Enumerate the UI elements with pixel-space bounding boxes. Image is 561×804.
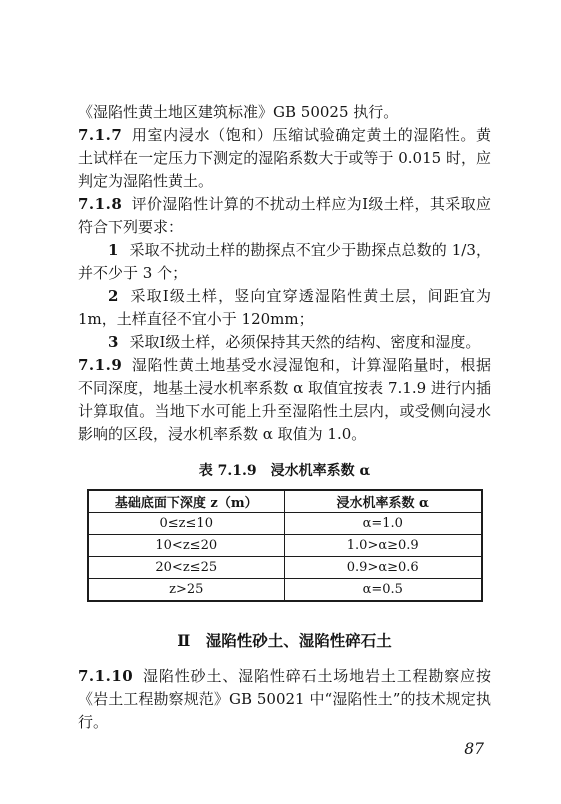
list-item-text: 采取不扰动土样的勘探点不宜少于勘探点总数的 1/3，并不少于 3 个； xyxy=(78,241,491,282)
clause-number: 7.1.7 xyxy=(78,126,122,144)
section-heading: Ⅱ 湿陷性砂土、湿陷性碎石土 xyxy=(78,629,491,652)
table-header-depth: 基础底面下深度 z（m） xyxy=(88,490,285,513)
clause-text: 湿陷性砂土、湿陷性碎石土场地岩土工程勘察应按《岩土工程勘察规范》GB 50021… xyxy=(78,667,491,731)
document-page: 《湿陷性黄土地区建筑标准》GB 50025 执行。 7.1.7用室内浸水（饱和）… xyxy=(0,0,561,804)
table-title: 表 7.1.9 浸水机率系数 α xyxy=(78,462,491,480)
page-number: 87 xyxy=(78,739,491,759)
list-item-number: 1 xyxy=(108,241,118,259)
table-cell-coefficient: 0.9>α≥0.6 xyxy=(285,557,482,579)
clause-number: 7.1.10 xyxy=(78,667,133,685)
clause-text: 评价湿陷性计算的不扰动土样应为Ⅰ级土样，其采取应符合下列要求： xyxy=(78,195,491,236)
list-item-text: 采取Ⅰ级土样，竖向宜穿透湿陷性黄土层，间距宜为 1m，土样直径不宜小于 120m… xyxy=(78,287,491,328)
list-item-3: 3采取Ⅰ级土样，必须保持其天然的结构、密度和湿度。 xyxy=(78,331,491,354)
table-row: z>25 α=0.5 xyxy=(88,579,482,602)
coefficient-table: 基础底面下深度 z（m） 浸水机率系数 α 0≤z≤10 α=1.0 10<z≤… xyxy=(87,489,483,602)
intro-continuation-line: 《湿陷性黄土地区建筑标准》GB 50025 执行。 xyxy=(78,101,491,124)
table-cell-coefficient: α=1.0 xyxy=(285,513,482,535)
clause-number: 7.1.9 xyxy=(78,356,122,374)
clause-text: 用室内浸水（饱和）压缩试验确定黄土的湿陷性。黄土试样在一定压力下测定的湿陷系数大… xyxy=(78,126,491,190)
table-cell-depth: 10<z≤20 xyxy=(88,535,285,557)
table-cell-coefficient: α=0.5 xyxy=(285,579,482,602)
table-row: 0≤z≤10 α=1.0 xyxy=(88,513,482,535)
clause-text: 湿陷性黄土地基受水浸湿饱和，计算湿陷量时，根据不同深度，地基土浸水机率系数 α … xyxy=(78,356,491,443)
list-item-number: 2 xyxy=(108,287,118,305)
table-cell-coefficient: 1.0>α≥0.9 xyxy=(285,535,482,557)
list-item-2: 2采取Ⅰ级土样，竖向宜穿透湿陷性黄土层，间距宜为 1m，土样直径不宜小于 120… xyxy=(78,285,491,331)
table-header-coefficient: 浸水机率系数 α xyxy=(285,490,482,513)
clause-7-1-7: 7.1.7用室内浸水（饱和）压缩试验确定黄土的湿陷性。黄土试样在一定压力下测定的… xyxy=(78,124,491,193)
table-cell-depth: 20<z≤25 xyxy=(88,557,285,579)
list-item-number: 3 xyxy=(108,333,118,351)
list-item-text: 采取Ⅰ级土样，必须保持其天然的结构、密度和湿度。 xyxy=(129,333,480,351)
clause-number: 7.1.8 xyxy=(78,195,122,213)
table-row: 20<z≤25 0.9>α≥0.6 xyxy=(88,557,482,579)
list-item-1: 1采取不扰动土样的勘探点不宜少于勘探点总数的 1/3，并不少于 3 个； xyxy=(78,239,491,285)
table-cell-depth: 0≤z≤10 xyxy=(88,513,285,535)
text-block: 《湿陷性黄土地区建筑标准》GB 50025 执行。 7.1.7用室内浸水（饱和）… xyxy=(78,101,491,759)
clause-7-1-8: 7.1.8评价湿陷性计算的不扰动土样应为Ⅰ级土样，其采取应符合下列要求： xyxy=(78,193,491,239)
clause-7-1-10: 7.1.10湿陷性砂土、湿陷性碎石土场地岩土工程勘察应按《岩土工程勘察规范》GB… xyxy=(78,665,491,734)
clause-7-1-9: 7.1.9湿陷性黄土地基受水浸湿饱和，计算湿陷量时，根据不同深度，地基土浸水机率… xyxy=(78,354,491,446)
table-row: 10<z≤20 1.0>α≥0.9 xyxy=(88,535,482,557)
table-header-row: 基础底面下深度 z（m） 浸水机率系数 α xyxy=(88,490,482,513)
table-cell-depth: z>25 xyxy=(88,579,285,602)
